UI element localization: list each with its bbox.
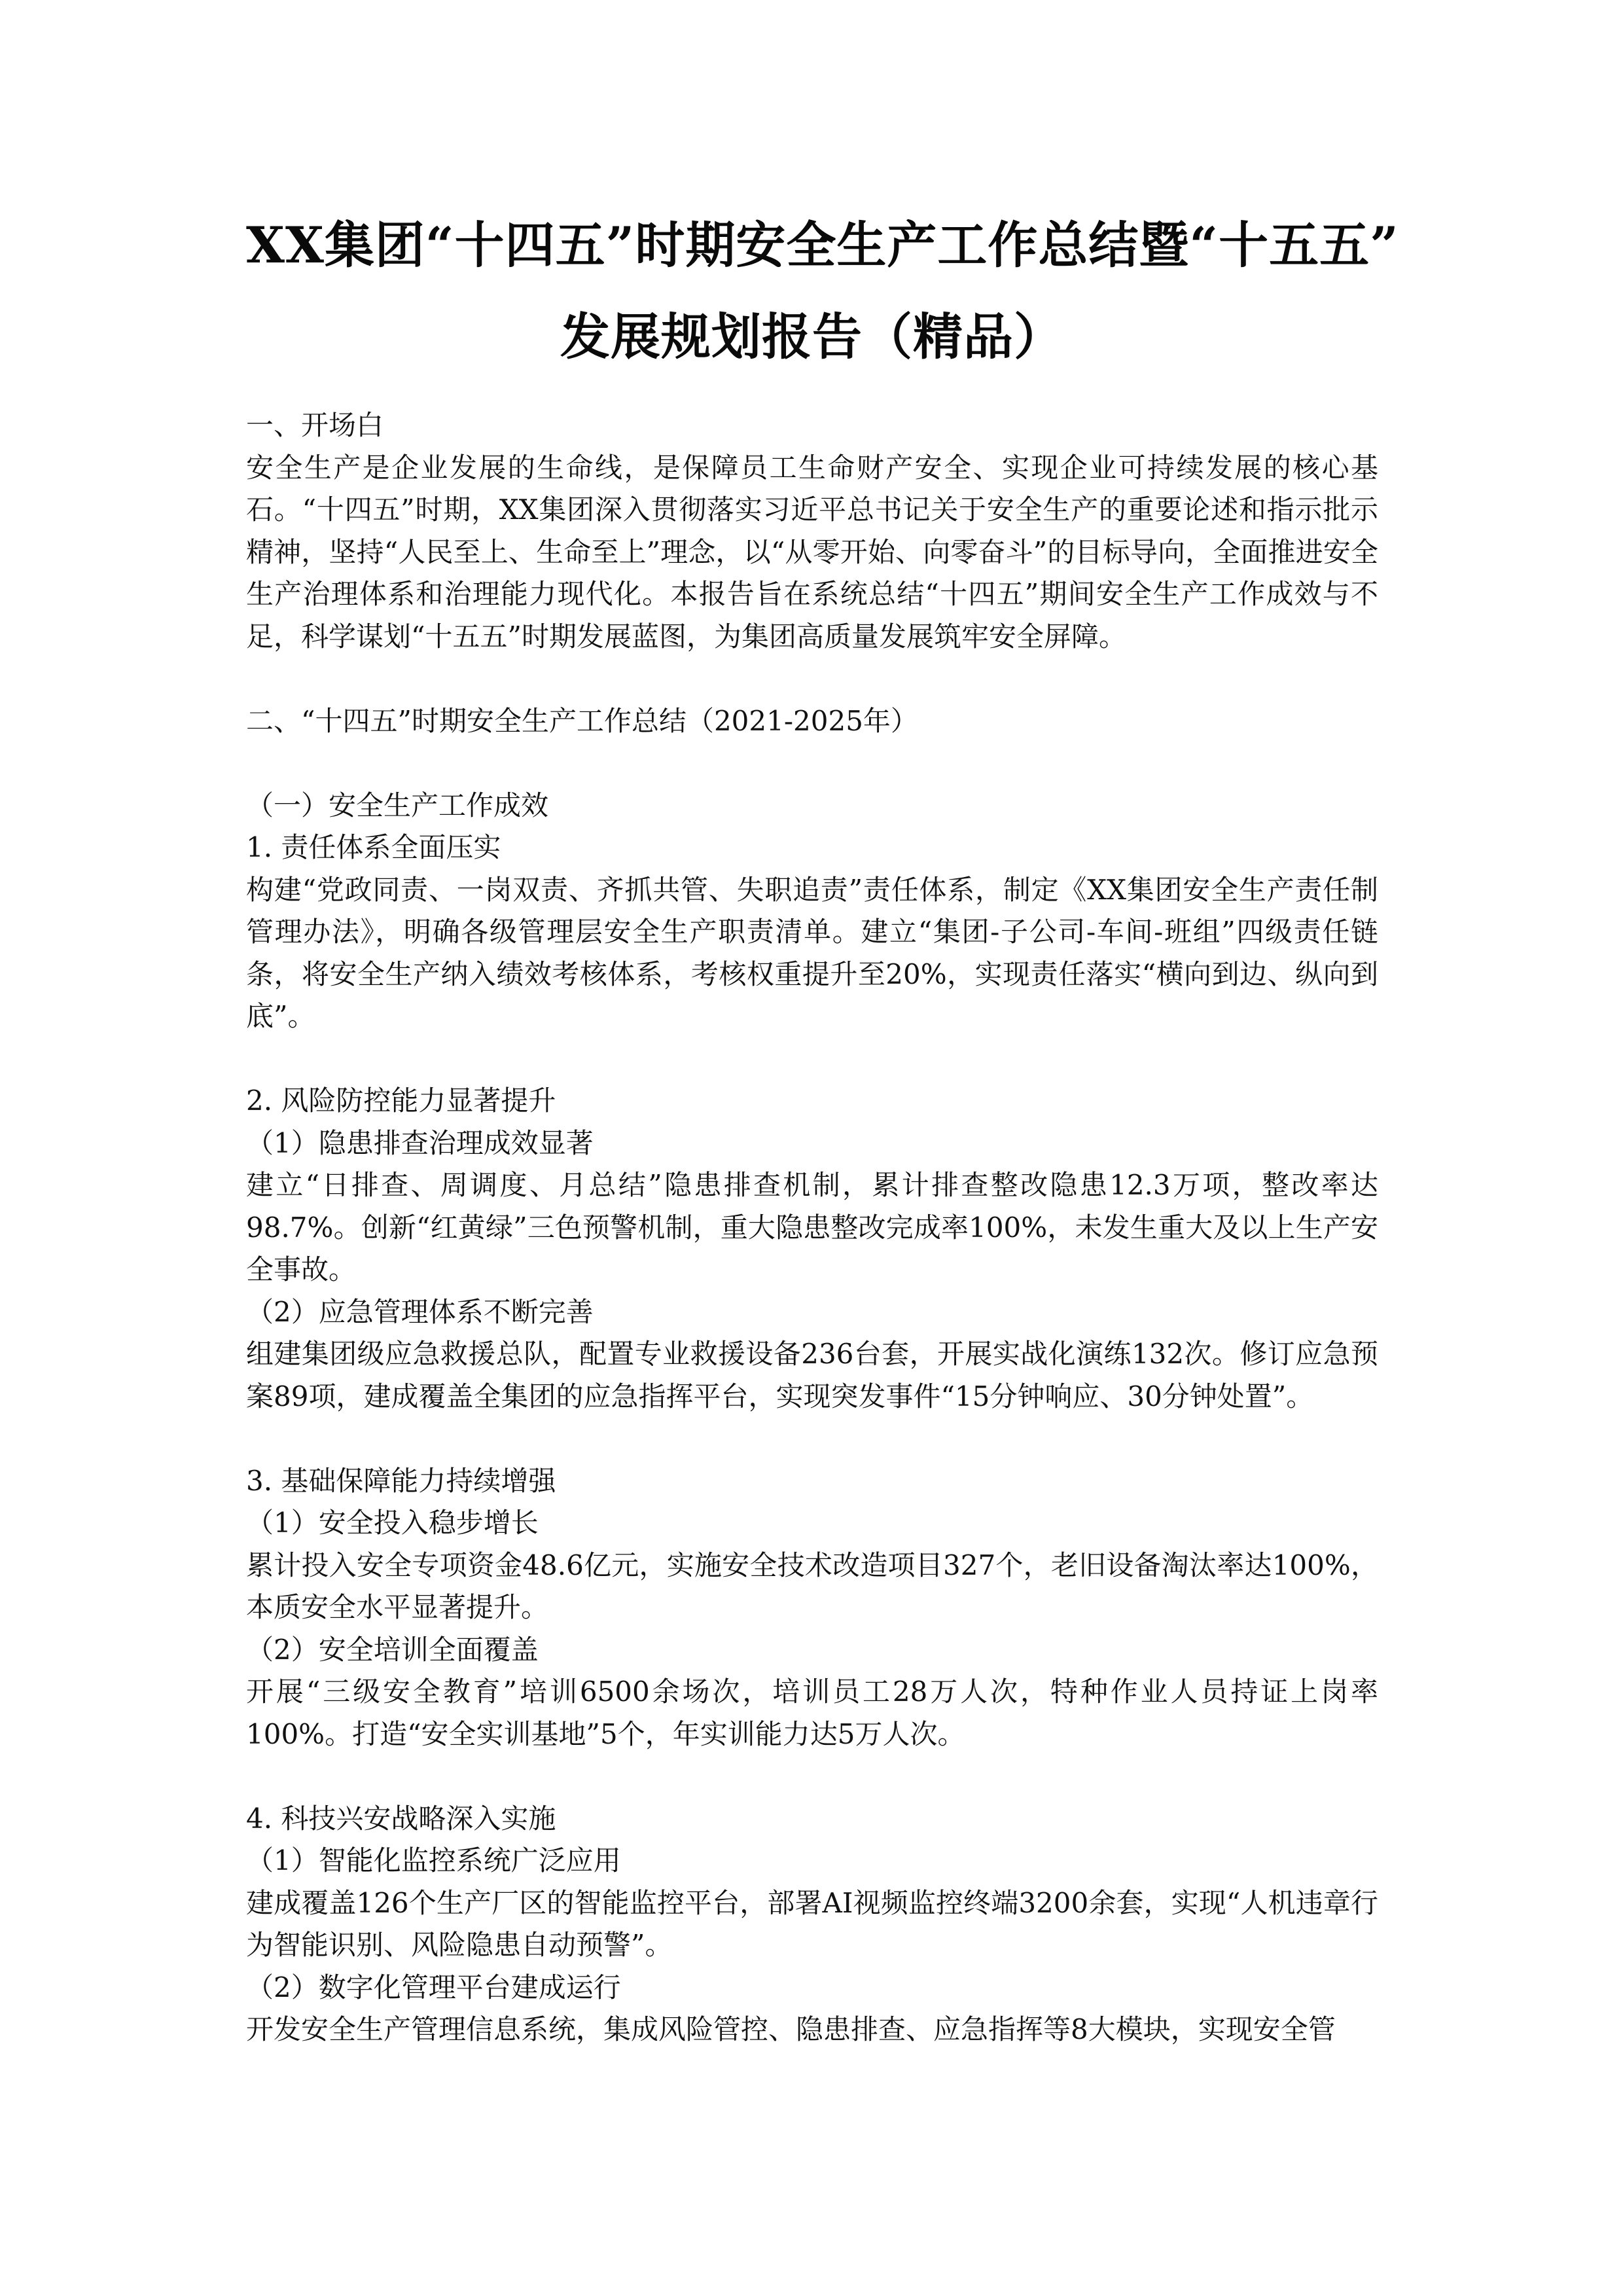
subitem-paragraph-hazard-inspection: 建立“日排查、周调度、月总结”隐患排查机制，累计排查整改隐患12.3万项，整改率…	[246, 1164, 1378, 1291]
item-heading-foundation: 3. 基础保障能力持续增强	[246, 1460, 1378, 1503]
item-paragraph-responsibility: 构建“党政同责、一岗双责、齐抓共管、失职追责”责任体系，制定《XX集团安全生产责…	[246, 869, 1378, 1038]
subsection-heading-achievements: （一）安全生产工作成效	[246, 785, 1378, 827]
document-page: XX集团“十四五”时期安全生产工作总结暨“十五五” 发展规划报告（精品） 一、开…	[0, 0, 1623, 2296]
subitem-paragraph-safety-training: 开展“三级安全教育”培训6500余场次，培训员工28万人次，特种作业人员持证上岗…	[246, 1671, 1378, 1755]
spacer	[246, 1038, 1378, 1081]
subitem-paragraph-digital-platform: 开发安全生产管理信息系统，集成风险管控、隐患排查、应急指挥等8大模块，实现安全管	[246, 2009, 1378, 2051]
document-title: XX集团“十四五”时期安全生产工作总结暨“十五五” 发展规划报告（精品）	[246, 200, 1378, 383]
subitem-heading-smart-monitoring: （1）智能化监控系统广泛应用	[246, 1840, 1378, 1882]
opening-paragraph: 安全生产是企业发展的生命线，是保障员工生命财产安全、实现企业可持续发展的核心基石…	[246, 447, 1378, 658]
subitem-heading-safety-investment: （1）安全投入稳步增长	[246, 1502, 1378, 1545]
subitem-heading-hazard-inspection: （1）隐患排查治理成效显著	[246, 1122, 1378, 1165]
subitem-paragraph-safety-investment: 累计投入安全专项资金48.6亿元，实施安全技术改造项目327个，老旧设备淘汰率达…	[246, 1545, 1378, 1629]
subitem-heading-digital-platform: （2）数字化管理平台建成运行	[246, 1967, 1378, 2009]
subitem-heading-safety-training: （2）安全培训全面覆盖	[246, 1629, 1378, 1672]
item-heading-technology: 4. 科技兴安战略深入实施	[246, 1798, 1378, 1840]
spacer	[246, 1418, 1378, 1460]
title-line-1: XX集团“十四五”时期安全生产工作总结暨“十五五”	[246, 200, 1378, 291]
spacer	[246, 658, 1378, 700]
subitem-heading-emergency-management: （2）应急管理体系不断完善	[246, 1291, 1378, 1334]
item-heading-responsibility: 1. 责任体系全面压实	[246, 827, 1378, 869]
document-body: 一、开场白 安全生产是企业发展的生命线，是保障员工生命财产安全、实现企业可持续发…	[246, 404, 1378, 2051]
spacer	[246, 742, 1378, 785]
section-heading-opening: 一、开场白	[246, 404, 1378, 447]
spacer	[246, 1755, 1378, 1798]
subitem-paragraph-smart-monitoring: 建成覆盖126个生产厂区的智能监控平台，部署AI视频监控终端3200余套，实现“…	[246, 1882, 1378, 1967]
title-line-2: 发展规划报告（精品）	[246, 291, 1378, 383]
section-heading-summary: 二、“十四五”时期安全生产工作总结（2021-2025年）	[246, 700, 1378, 743]
item-heading-risk-control: 2. 风险防控能力显著提升	[246, 1080, 1378, 1122]
subitem-paragraph-emergency-management: 组建集团级应急救援总队，配置专业救援设备236台套，开展实战化演练132次。修订…	[246, 1333, 1378, 1418]
